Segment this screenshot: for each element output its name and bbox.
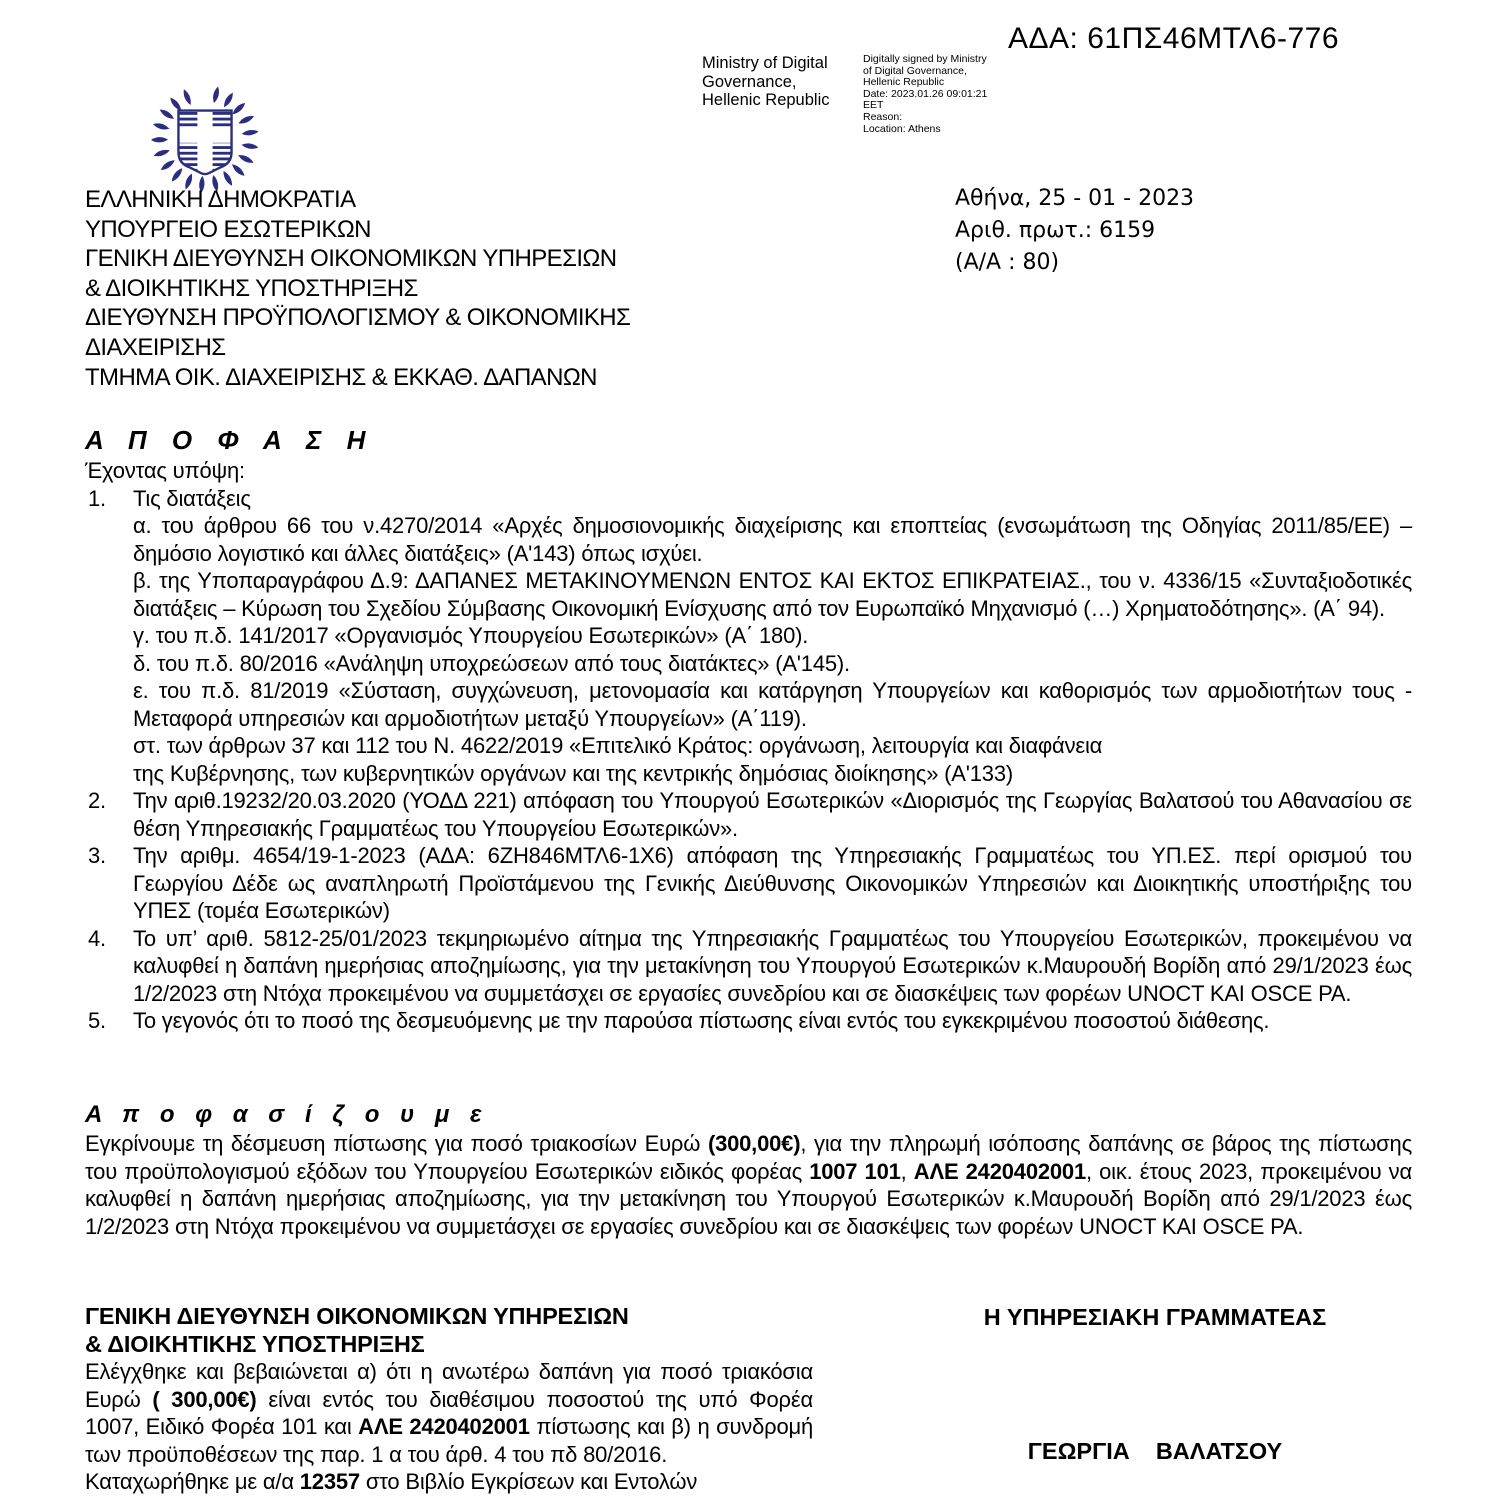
list-item-4-text: Το υπ’ αριθ. 5812-25/01/2023 τεκμηριωμέν… bbox=[133, 925, 1412, 1008]
decision-heading: Α π ο φ α σ ί ζ ο υ μ ε bbox=[85, 1100, 1412, 1130]
letterhead-line-dir: ΔΙΕΥΘΥΝΣΗ ΠΡΟΫΠΟΛΟΓΙΣΜΟΥ & ΟΙΚΟΝΟΜΙΚΗΣ bbox=[85, 303, 630, 333]
decision-amount: (300,00€) bbox=[708, 1131, 800, 1156]
signatory-title: Η ΥΠΗΡΕΣΙΑΚΗ ΓΡΑΜΜΑΤΕΑΣ bbox=[925, 1303, 1385, 1331]
registry-line: Καταχωρήθηκε με α/α 12357 στο Βιβλίο Εγκ… bbox=[85, 1468, 813, 1496]
verification-paragraph: Ελέγχθηκε και βεβαιώνεται α) ότι η ανωτέ… bbox=[85, 1358, 813, 1468]
decision-document-page: ΑΔΑ: 61ΠΣ46ΜΤΛ6-776 Ministry of Digital … bbox=[0, 0, 1500, 1500]
registry-number: 12357 bbox=[300, 1469, 360, 1494]
stamp-details-text: Digitally signed by Ministry of Digital … bbox=[863, 54, 1015, 135]
list-item-3-text: Την αριθμ. 4654/19-1-2023 (ΑΔΑ: 6ΖΗ846ΜΤ… bbox=[133, 842, 1412, 925]
list-item-1-sub-c: γ. του π.δ. 141/2017 «Οργανισμός Υπουργε… bbox=[133, 622, 1412, 650]
protocol-number: Αριθ. πρωτ.: 6159 bbox=[955, 215, 1194, 247]
decision-seg3: , bbox=[901, 1159, 914, 1184]
list-item-1: 1. Τις διατάξεις α. του άρθρου 66 του ν.… bbox=[85, 485, 1412, 788]
signature-block: Η ΥΠΗΡΕΣΙΑΚΗ ΓΡΑΜΜΑΤΕΑΣ ΓΕΩΡΓΙΑ ΒΑΛΑΤΣΟΥ bbox=[925, 1303, 1385, 1465]
decision-ale-code: ΑΛΕ 2420402001 bbox=[914, 1159, 1086, 1184]
letterhead-line-republic: ΕΛΛΗΝΙΚΗ ΔΗΜΟΚΡΑΤΙΑ bbox=[85, 185, 630, 215]
list-item-4: 4. Το υπ’ αριθ. 5812-25/01/2023 τεκμηριω… bbox=[85, 925, 1412, 1008]
list-item-1-sub-st: στ. των άρθρων 37 και 112 του Ν. 4622/20… bbox=[133, 732, 1412, 787]
verification-ale-code: ΑΛΕ 2420402001 bbox=[358, 1414, 530, 1439]
letterhead-line-ministry: ΥΠΟΥΡΓΕΙΟ ΕΣΩΤΕΡΙΚΩΝ bbox=[85, 215, 630, 245]
hellenic-republic-emblem bbox=[146, 84, 264, 194]
list-item-1-number: 1. bbox=[88, 485, 106, 513]
list-item-2: 2. Την αριθ.19232/20.03.2020 (ΥΟΔΔ 221) … bbox=[85, 787, 1412, 842]
ada-code: ΑΔΑ: 61ΠΣ46ΜΤΛ6-776 bbox=[1008, 22, 1339, 56]
protocol-block: Αθήνα, 25 - 01 - 2023 Αριθ. πρωτ.: 6159 … bbox=[955, 183, 1194, 279]
list-item-3: 3. Την αριθμ. 4654/19-1-2023 (ΑΔΑ: 6ΖΗ84… bbox=[85, 842, 1412, 925]
list-item-1-sub-d: δ. του π.δ. 80/2016 «Ανάληψη υποχρεώσεων… bbox=[133, 650, 1412, 678]
protocol-city-date: Αθήνα, 25 - 01 - 2023 bbox=[955, 183, 1194, 215]
preamble: Έχοντας υπόψη: bbox=[85, 457, 1412, 485]
decision-paragraph: Εγκρίνουμε τη δέσμευση πίστωσης για ποσό… bbox=[85, 1130, 1412, 1240]
decision-section: Α π ο φ α σ ί ζ ο υ μ ε Εγκρίνουμε τη δέ… bbox=[85, 1100, 1412, 1240]
list-item-2-number: 2. bbox=[88, 787, 106, 815]
stamp-signer-text: Ministry of Digital Governance, Hellenic… bbox=[702, 54, 854, 135]
registry-seg2: στο Βιβλίο Εγκρίσεων και Εντολών bbox=[360, 1469, 697, 1494]
verification-amount: ( 300,00€) bbox=[152, 1387, 256, 1412]
letterhead-line-dept: ΤΜΗΜΑ ΟΙΚ. ΔΙΑΧΕΙΡΙΣΗΣ & ΕΚΚΑΘ. ΔΑΠΑΝΩΝ bbox=[85, 363, 630, 393]
verification-block: ΓΕΝΙΚΗ ΔΙΕΥΘΥΝΣΗ ΟΙΚΟΝΟΜΙΚΩΝ ΥΠΗΡΕΣΙΩΝ &… bbox=[85, 1303, 813, 1496]
list-item-3-number: 3. bbox=[88, 842, 106, 870]
decision-seg1: Εγκρίνουμε τη δέσμευση πίστωσης για ποσό… bbox=[85, 1131, 708, 1156]
list-item-1-text: Τις διατάξεις bbox=[133, 485, 1412, 513]
list-item-5-text: Το γεγονός ότι το ποσό της δεσμευόμενης … bbox=[133, 1007, 1412, 1035]
list-item-4-number: 4. bbox=[88, 925, 106, 953]
list-item-5-number: 5. bbox=[88, 1007, 106, 1035]
letterhead-line-gendir2: & ΔΙΟΙΚΗΤΙΚΗΣ ΥΠΟΣΤΗΡΙΞΗΣ bbox=[85, 274, 630, 304]
list-item-1-sub-e: ε. του π.δ. 81/2019 «Σύσταση, συγχώνευση… bbox=[133, 677, 1412, 732]
document-title: Α Π Ο Φ Α Σ Η bbox=[85, 424, 1412, 457]
protocol-aa: (Α/Α : 80) bbox=[955, 247, 1194, 279]
list-item-2-text: Την αριθ.19232/20.03.2020 (ΥΟΔΔ 221) από… bbox=[133, 787, 1412, 842]
document-body: Α Π Ο Φ Α Σ Η Έχοντας υπόψη: 1. Τις διατ… bbox=[85, 424, 1412, 1035]
letterhead-line-gendir: ΓΕΝΙΚΗ ΔΙΕΥΘΥΝΣΗ ΟΙΚΟΝΟΜΙΚΩΝ ΥΠΗΡΕΣΙΩΝ bbox=[85, 244, 630, 274]
signatory-name: ΓΕΩΡΓΙΑ ΒΑΛΑΤΣΟΥ bbox=[925, 1437, 1385, 1465]
list-item-1-sub-b: β. της Υποπαραγράφου Δ.9: ΔΑΠΑΝΕΣ ΜΕΤΑΚΙ… bbox=[133, 567, 1412, 622]
digital-signature-stamp: Ministry of Digital Governance, Hellenic… bbox=[702, 54, 1015, 135]
letterhead: ΕΛΛΗΝΙΚΗ ΔΗΜΟΚΡΑΤΙΑ ΥΠΟΥΡΓΕΙΟ ΕΣΩΤΕΡΙΚΩΝ… bbox=[85, 185, 630, 392]
letterhead-line-dir2: ΔΙΑΧΕΙΡΙΣΗΣ bbox=[85, 333, 630, 363]
verification-heading-line2: & ΔΙΟΙΚΗΤΙΚΗΣ ΥΠΟΣΤΗΡΙΞΗΣ bbox=[85, 1331, 813, 1359]
registry-seg1: Καταχωρήθηκε με α/α bbox=[85, 1469, 300, 1494]
verification-heading-line1: ΓΕΝΙΚΗ ΔΙΕΥΘΥΝΣΗ ΟΙΚΟΝΟΜΙΚΩΝ ΥΠΗΡΕΣΙΩΝ bbox=[85, 1303, 813, 1331]
decision-forea-code: 1007 101 bbox=[809, 1159, 900, 1184]
list-item-1-sub-a: α. του άρθρου 66 του ν.4270/2014 «Αρχές … bbox=[133, 512, 1412, 567]
list-item-5: 5. Το γεγονός ότι το ποσό της δεσμευόμεν… bbox=[85, 1007, 1412, 1035]
